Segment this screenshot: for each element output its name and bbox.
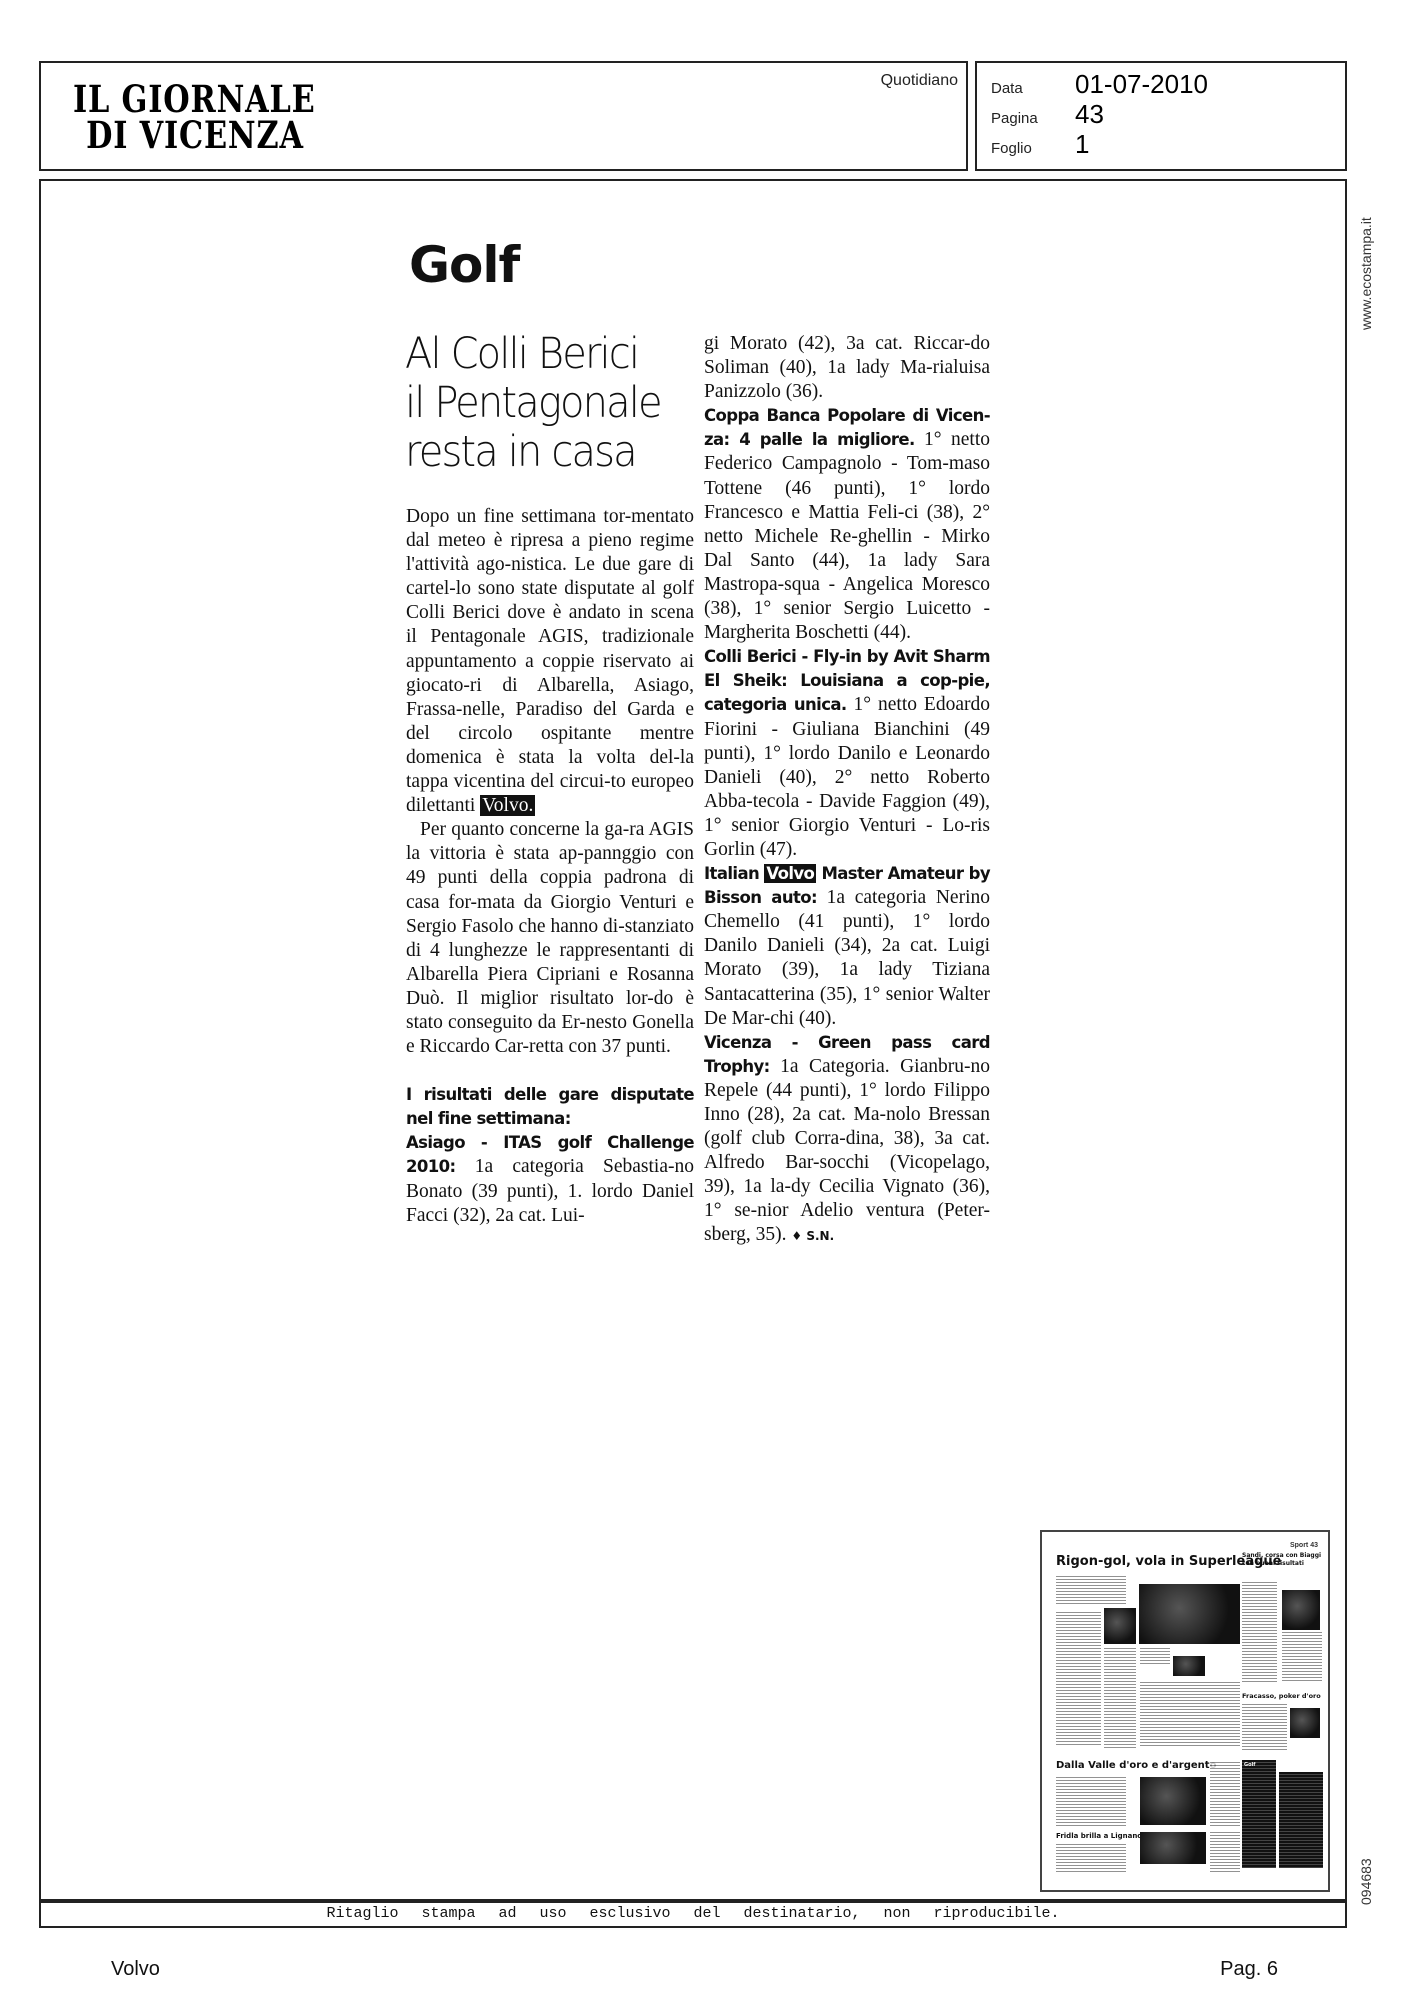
author-signature: ♦ S.N. (791, 1229, 834, 1243)
brand-highlight: Volvo. (480, 795, 535, 816)
brand-highlight: Volvo (764, 864, 816, 883)
meta-date-value: 01-07-2010 (1075, 69, 1208, 100)
thumb-page-label: Sport 43 (1290, 1542, 1318, 1549)
bpv-results: Coppa Banca Popolare di Vicen-za: 4 pall… (704, 404, 990, 645)
intro-paragraph: Dopo un fine settimana tor-mentato dal m… (406, 505, 694, 818)
clipping-code: 094683 (1358, 1858, 1374, 1905)
thumb-photo-group (1140, 1832, 1206, 1864)
asiago-results-cont: gi Morato (42), 3a cat. Riccar-do Solima… (704, 332, 990, 404)
meta-page-label: Pagina (991, 110, 1075, 127)
headline-line-2: il Pentagonale (405, 379, 675, 428)
colli-berici-results: Colli Berici - Fly-in by Avit Sharm El S… (704, 645, 990, 862)
volvo-master-results: Italian Volvo Master Amateur by Bisson a… (704, 862, 990, 1031)
thumb-headline-right: Sandi, corsa con Biaggi con buoni risult… (1242, 1552, 1324, 1568)
thumb-photo-cyclist (1290, 1708, 1320, 1738)
publication-frequency: Quotidiano (881, 72, 958, 90)
thumb-headline-lower: Dalla Valle d'oro e d'argento (1056, 1760, 1216, 1771)
disclaimer-bar: Ritaglio stampa ad uso esclusivo del des… (39, 1900, 1347, 1928)
agis-paragraph: Per quanto concerne la ga-ra AGIS la vit… (406, 818, 694, 1059)
page-thumbnail: Sport 43 Rigon-gol, vola in Superleague … (1040, 1530, 1330, 1892)
article-column-2: gi Morato (42), 3a cat. Riccar-do Solima… (704, 332, 990, 1249)
meta-page-value: 43 (1075, 99, 1104, 130)
article-headline: Al Colli Berici il Pentagonale resta in … (405, 330, 675, 477)
article-column-1: Dopo un fine settimana tor-mentato dal m… (406, 505, 694, 1228)
thumb-golf-clipping (1242, 1760, 1276, 1868)
thumb-photo-right (1282, 1590, 1320, 1630)
meta-date-label: Data (991, 80, 1075, 97)
headline-line-3: resta in casa (405, 428, 675, 477)
masthead-line-2: DI VICENZA (73, 117, 316, 153)
meta-sheet-value: 1 (1075, 129, 1089, 160)
header-meta-box: Data 01-07-2010 Pagina 43 Foglio 1 (975, 61, 1347, 171)
header-masthead-box: IL GIORNALE DI VICENZA Quotidiano (39, 61, 968, 171)
thumb-golf-label: Golf (1244, 1762, 1255, 1768)
meta-sheet-row: Foglio 1 (991, 129, 1089, 160)
section-title: Golf (409, 236, 519, 294)
results-kicker: I risultati delle gare disputate nel fin… (406, 1083, 694, 1131)
masthead-line-1: IL GIORNALE (73, 81, 316, 117)
thumb-headline-mid: Fracasso, poker d'oro (1242, 1692, 1321, 1700)
meta-sheet-label: Foglio (991, 140, 1075, 157)
meta-date-row: Data 01-07-2010 (991, 69, 1208, 100)
thumb-photo-team (1140, 1777, 1206, 1825)
newspaper-masthead: IL GIORNALE DI VICENZA (73, 81, 316, 153)
footer-page-number: Pag. 6 (1220, 1958, 1278, 1981)
vicenza-results: Vicenza - Green pass card Trophy: 1a Cat… (704, 1031, 990, 1249)
asiago-results: Asiago - ITAS golf Challenge 2010: 1a ca… (406, 1131, 694, 1227)
thumb-photo-portrait (1104, 1608, 1136, 1644)
thumb-photo-main (1139, 1584, 1240, 1644)
source-url: www.ecostampa.it (1358, 217, 1374, 330)
footer-client: Volvo (111, 1958, 160, 1981)
thumb-headline-bottom: Fridla brilla a Lignano (1056, 1832, 1142, 1840)
meta-page-row: Pagina 43 (991, 99, 1104, 130)
headline-line-1: Al Colli Berici (405, 330, 675, 379)
thumb-photo-small (1173, 1656, 1205, 1676)
